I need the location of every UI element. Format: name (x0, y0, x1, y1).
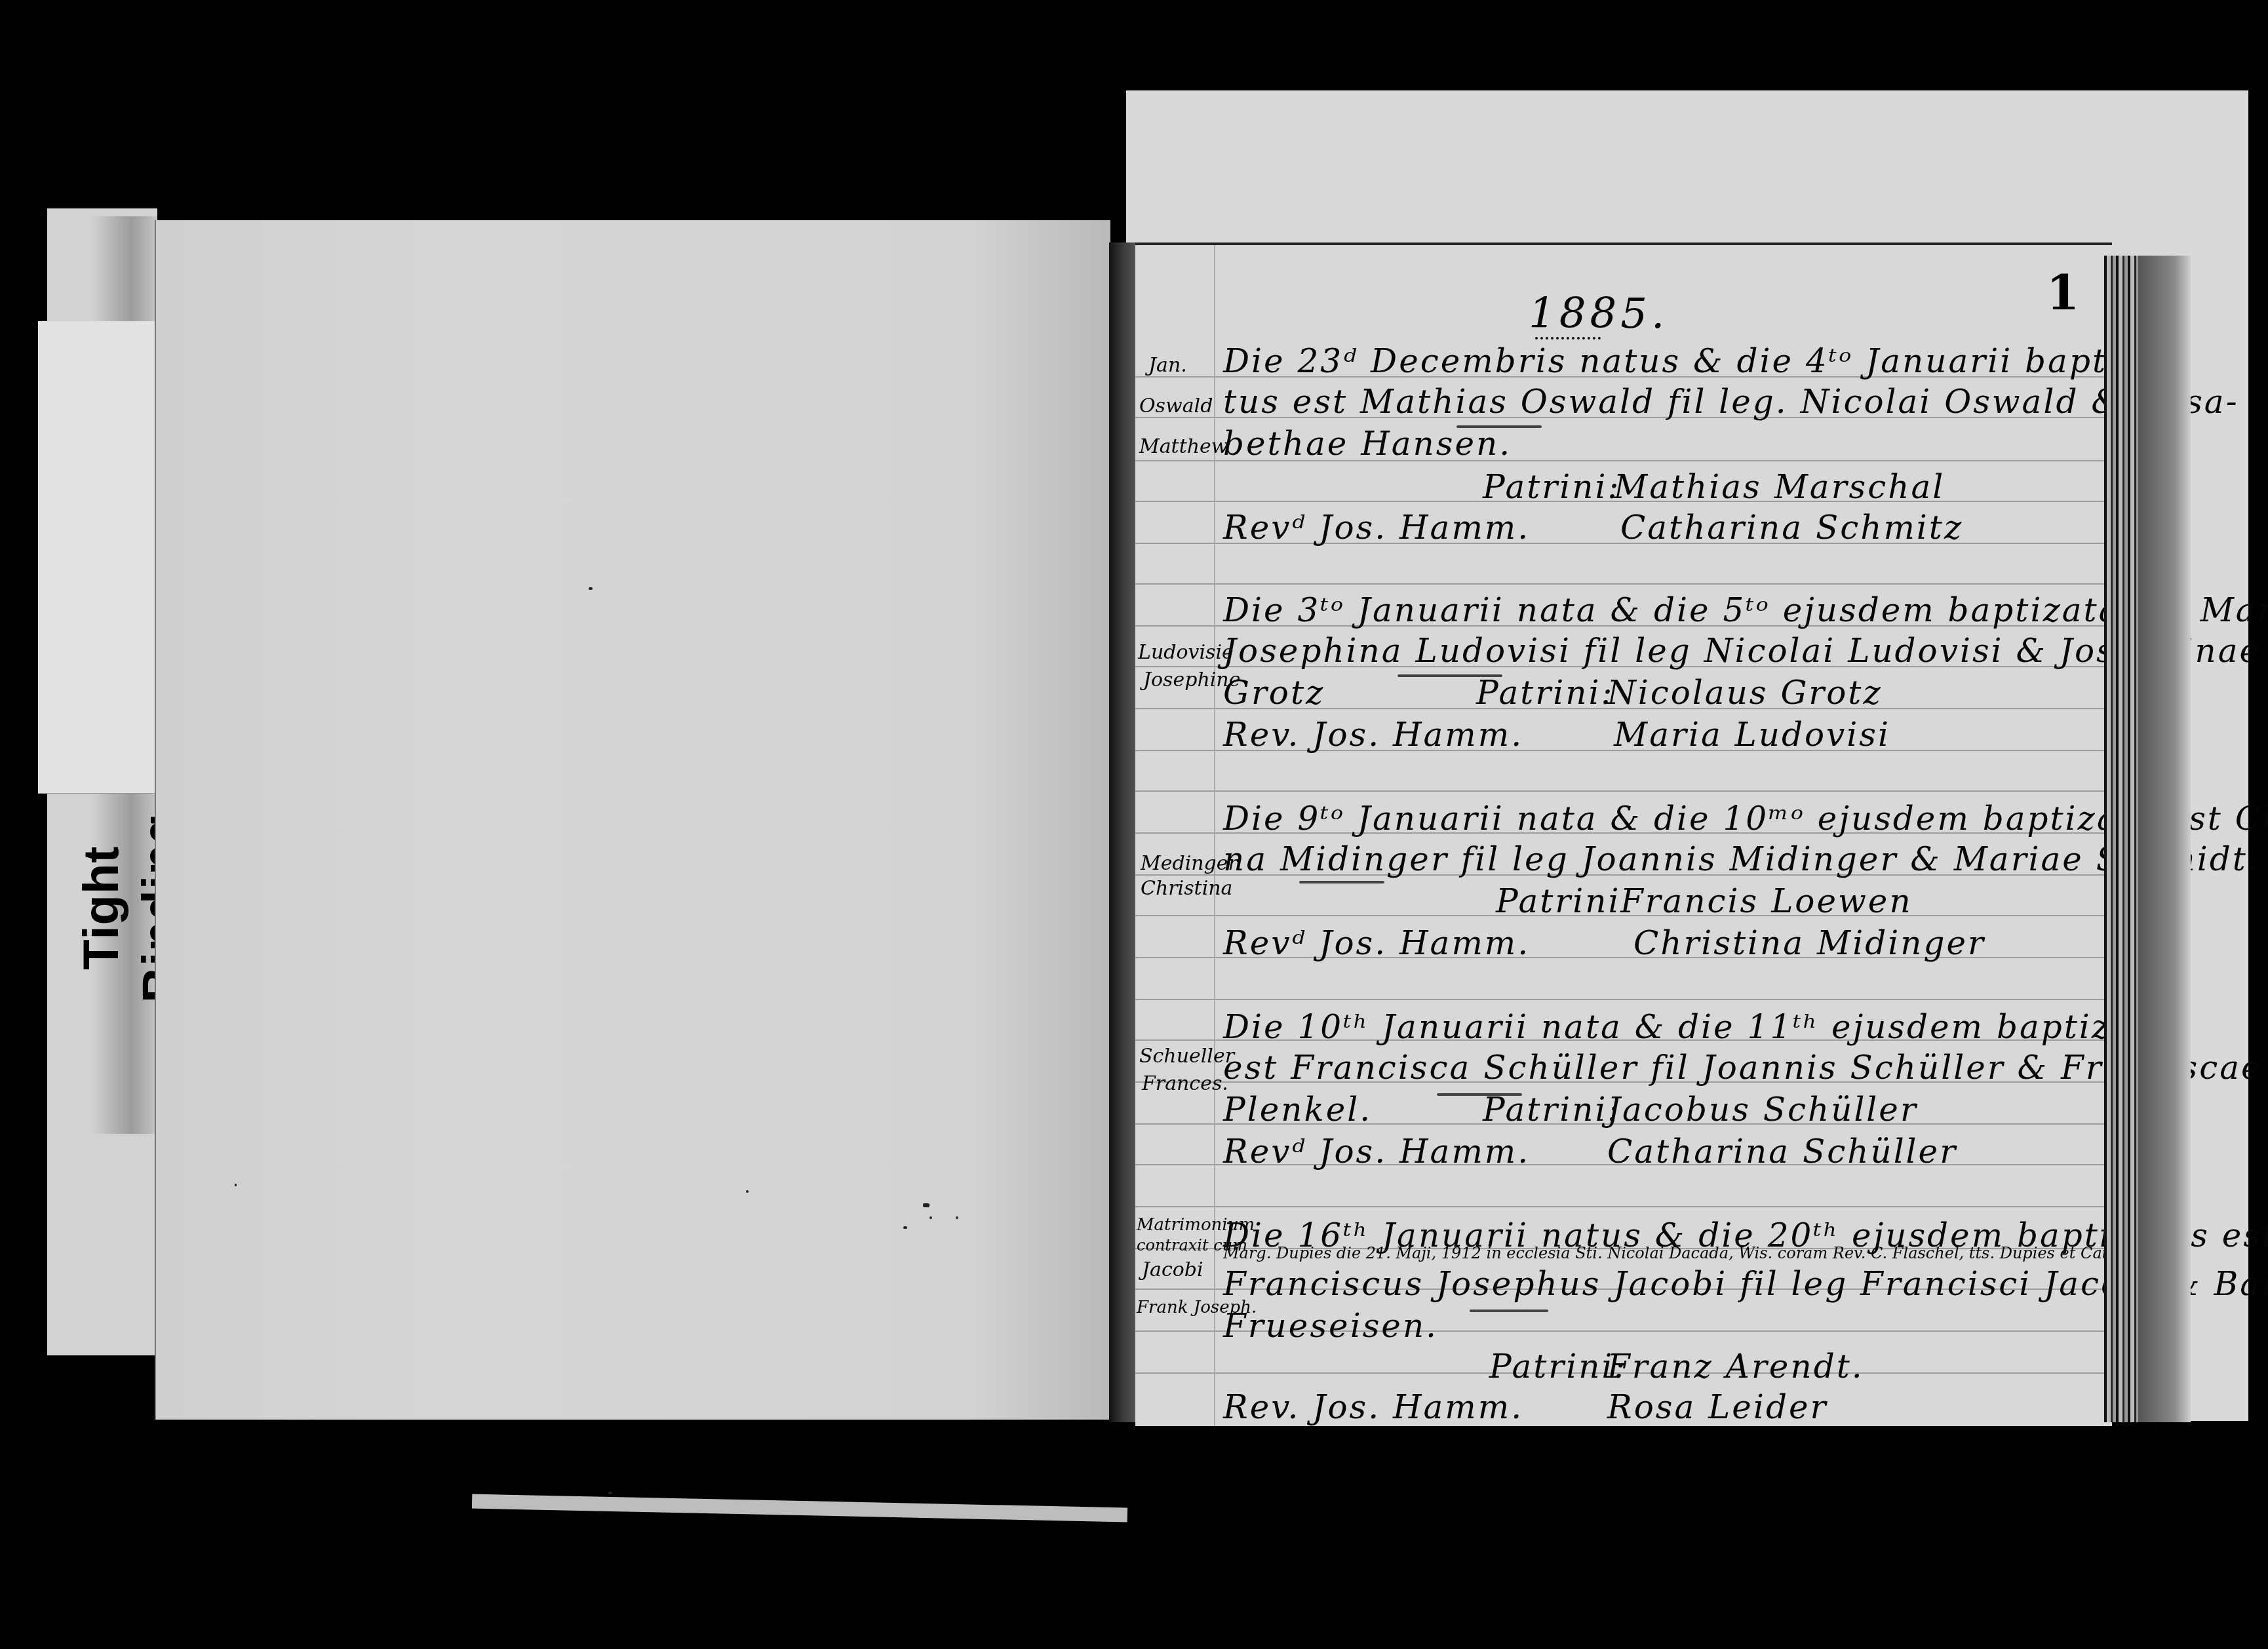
sponsor-name: Rosa Leider (1607, 1388, 1828, 1426)
sponsor-name: Mathias Marschal (1614, 468, 1945, 506)
year-underline (1535, 333, 1601, 339)
entry-line: Grotz (1223, 674, 1325, 712)
entry-line: Die 23ᵈ Decembris natus & die 4ᵗᵒ Januar… (1223, 342, 2174, 380)
sponsor-name: Catharina Schüller (1607, 1133, 1957, 1171)
sponsors-label: Patrini: (1476, 674, 1614, 712)
entry-margin-surname: Schueller (1139, 1045, 1234, 1068)
year-heading: 1885. (1529, 290, 1668, 338)
entry-margin-surname: Oswald (1139, 395, 1213, 417)
register-page: 1885. 1 Jan. Oswald Matthew Die 23ᵈ Dece… (1135, 242, 2112, 1426)
sponsors-label: Patrini: (1483, 1091, 1620, 1129)
entry-margin-surname: Ludovisie (1138, 641, 1234, 664)
officiating-priest: Rev. Jos. Hamm. (1223, 1388, 1523, 1426)
page-edge-shadow (2138, 256, 2191, 1422)
entry-margin-note: Jan. (1148, 354, 1187, 377)
binding-label-card (38, 321, 155, 473)
page-number: 1 (2046, 265, 2079, 320)
dark-corner-object (0, 1389, 498, 1649)
marriage-annotation: Marg. Dupies die 21. Maji, 1912 in eccle… (1223, 1244, 2181, 1262)
page-stack-edges (2104, 256, 2141, 1422)
sponsors-label: Patrini: (1489, 1348, 1627, 1386)
sponsor-name: Nicolaus Grotz (1607, 674, 1883, 712)
entry-line: Die 10ᵗʰ Januarii nata & die 11ᵗʰ ejusde… (1223, 1008, 2169, 1046)
sponsor-name: Christina Midinger (1633, 924, 1985, 962)
entry-margin-given-name: Christina (1141, 877, 1232, 900)
left-page (155, 220, 1110, 1420)
sponsors-label: Patrini: (1483, 468, 1620, 506)
entry-margin-given-name: Matthew (1139, 435, 1228, 458)
sponsors-label: Patrini (1496, 882, 1620, 920)
officiating-priest: Revᵈ Jos. Hamm. (1223, 509, 1530, 547)
sponsor-name: Franz Arendt. (1607, 1348, 1864, 1386)
left-page-bottom-edge (472, 1494, 1127, 1523)
sponsor-name: Jacobus Schüller (1607, 1091, 1918, 1129)
book-gutter (1109, 242, 1137, 1422)
entry-line: Frueseisen. (1223, 1307, 1438, 1345)
tight-binding-label: Tight Binding (72, 770, 131, 1045)
officiating-priest: Revᵈ Jos. Hamm. (1223, 924, 1530, 962)
entry-line: bethae Hansen. (1223, 425, 1512, 463)
officiating-priest: Rev. Jos. Hamm. (1223, 716, 1523, 754)
sponsor-name: Maria Ludovisi (1614, 716, 1890, 754)
entry-line: tus est Mathias Oswald fil leg. Nicolai … (1223, 383, 2239, 421)
entry-line: Plenkel. (1223, 1091, 1372, 1129)
sponsor-name: Francis Loewen (1620, 882, 1913, 920)
binding-label-card-lower (38, 472, 155, 794)
entry-margin-given-name: Frances. (1142, 1072, 1228, 1095)
entry-margin-surname: Jacobi (1142, 1258, 1203, 1281)
sponsor-name: Catharina Schmitz (1620, 509, 1963, 547)
officiating-priest: Revᵈ Jos. Hamm. (1223, 1133, 1530, 1171)
